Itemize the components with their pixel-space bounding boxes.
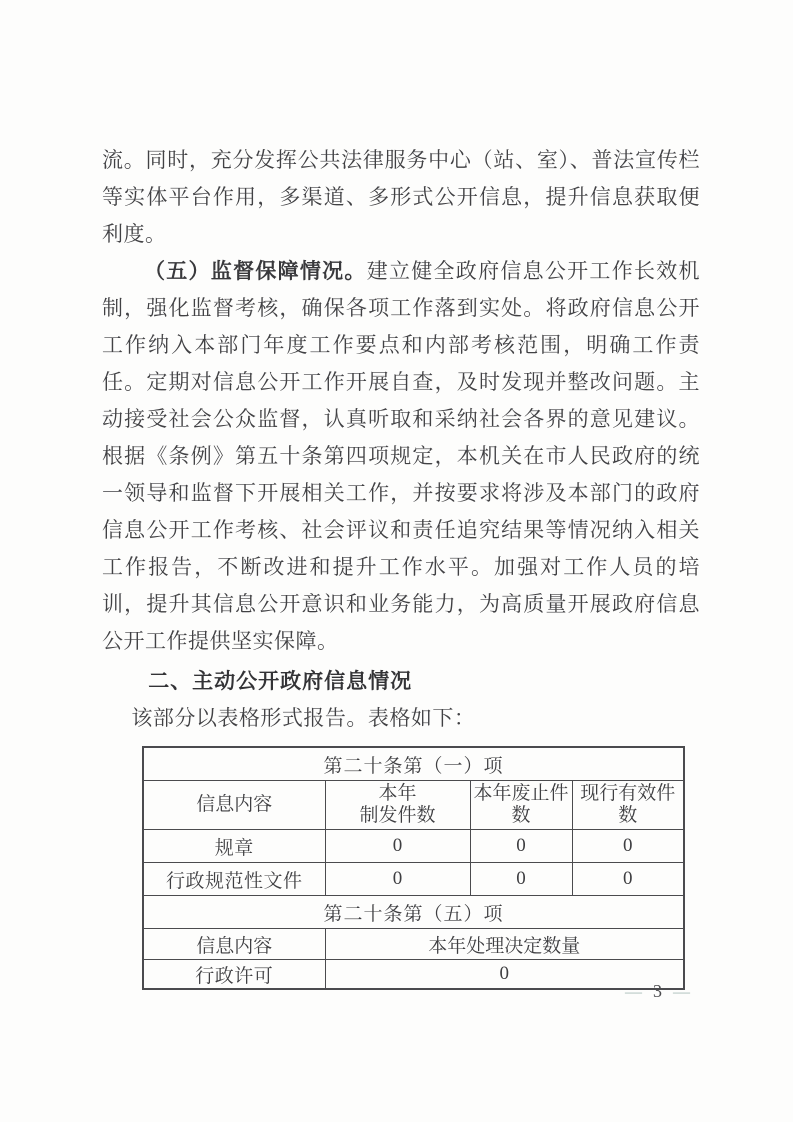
- table-section1-header-row: 信息内容 本年 制发件数 本年废止件 数 现行有效件数: [143, 781, 684, 830]
- section1-title: 第二十条第（一）项: [143, 747, 684, 781]
- paragraph-continuation: 流。同时，充分发挥公共法律服务中心（站、室）、普法宣传栏等实体平台作用，多渠道、…: [102, 142, 700, 253]
- cell-value: 0: [325, 830, 470, 863]
- table-section2-header-row: 信息内容 本年处理决定数量: [143, 929, 684, 960]
- col-header-line: 制发件数: [326, 805, 470, 827]
- page-number: — 3 —: [625, 981, 690, 1002]
- section-heading: 二、主动公开政府信息情况: [102, 663, 700, 700]
- paragraph-supervision: （五）监督保障情况。建立健全政府信息公开工作长效机制，强化监督考核，确保各项工作…: [102, 253, 700, 660]
- table-row-administrative-license: 行政许可 0: [143, 960, 684, 990]
- cell-value: 0: [572, 830, 684, 863]
- col-header-repealed-count: 本年废止件 数: [470, 781, 572, 830]
- page-number-left-dash: —: [625, 982, 642, 1002]
- row-label: 规章: [143, 830, 325, 863]
- page-number-value: 3: [653, 981, 662, 1002]
- page-content: 流。同时，充分发挥公共法律服务中心（站、室）、普法宣传栏等实体平台作用，多渠道、…: [102, 142, 700, 990]
- table-row-regulations: 规章 0 0 0: [143, 830, 684, 863]
- table-intro-text: 该部分以表格形式报告。表格如下：: [102, 700, 700, 737]
- cell-value: 0: [325, 863, 470, 896]
- table-row-normative-documents: 行政规范性文件 0 0 0: [143, 863, 684, 896]
- col-header-info-content: 信息内容: [143, 781, 325, 830]
- col-header-line: 数: [471, 805, 572, 827]
- section2-title: 第二十条第（五）项: [143, 896, 684, 929]
- disclosure-table: 第二十条第（一）项 信息内容 本年 制发件数 本年废止件 数 现行有效件数 规章: [142, 746, 685, 990]
- page-number-right-dash: —: [673, 982, 690, 1002]
- cell-value: 0: [572, 863, 684, 896]
- col-header-line: 本年: [326, 783, 470, 805]
- cell-value: 0: [470, 830, 572, 863]
- paragraph-lead-label: （五）监督保障情况。: [144, 259, 367, 283]
- col-header-issued-count: 本年 制发件数: [325, 781, 470, 830]
- paragraph-body-text: 建立健全政府信息公开工作长效机制，强化监督考核，确保各项工作落到实处。将政府信息…: [102, 259, 700, 653]
- col-header-info-content: 信息内容: [143, 929, 325, 960]
- col-header-line: 本年废止件: [471, 783, 572, 805]
- table-section1-title-row: 第二十条第（一）项: [143, 747, 684, 781]
- cell-value: 0: [470, 863, 572, 896]
- col-header-decisions-count: 本年处理决定数量: [325, 929, 684, 960]
- row-label: 行政许可: [143, 960, 325, 990]
- row-label: 行政规范性文件: [143, 863, 325, 896]
- col-header-valid-count: 现行有效件数: [572, 781, 684, 830]
- table-section2-title-row: 第二十条第（五）项: [143, 896, 684, 929]
- document-page: 流。同时，充分发挥公共法律服务中心（站、室）、普法宣传栏等实体平台作用，多渠道、…: [0, 0, 793, 1122]
